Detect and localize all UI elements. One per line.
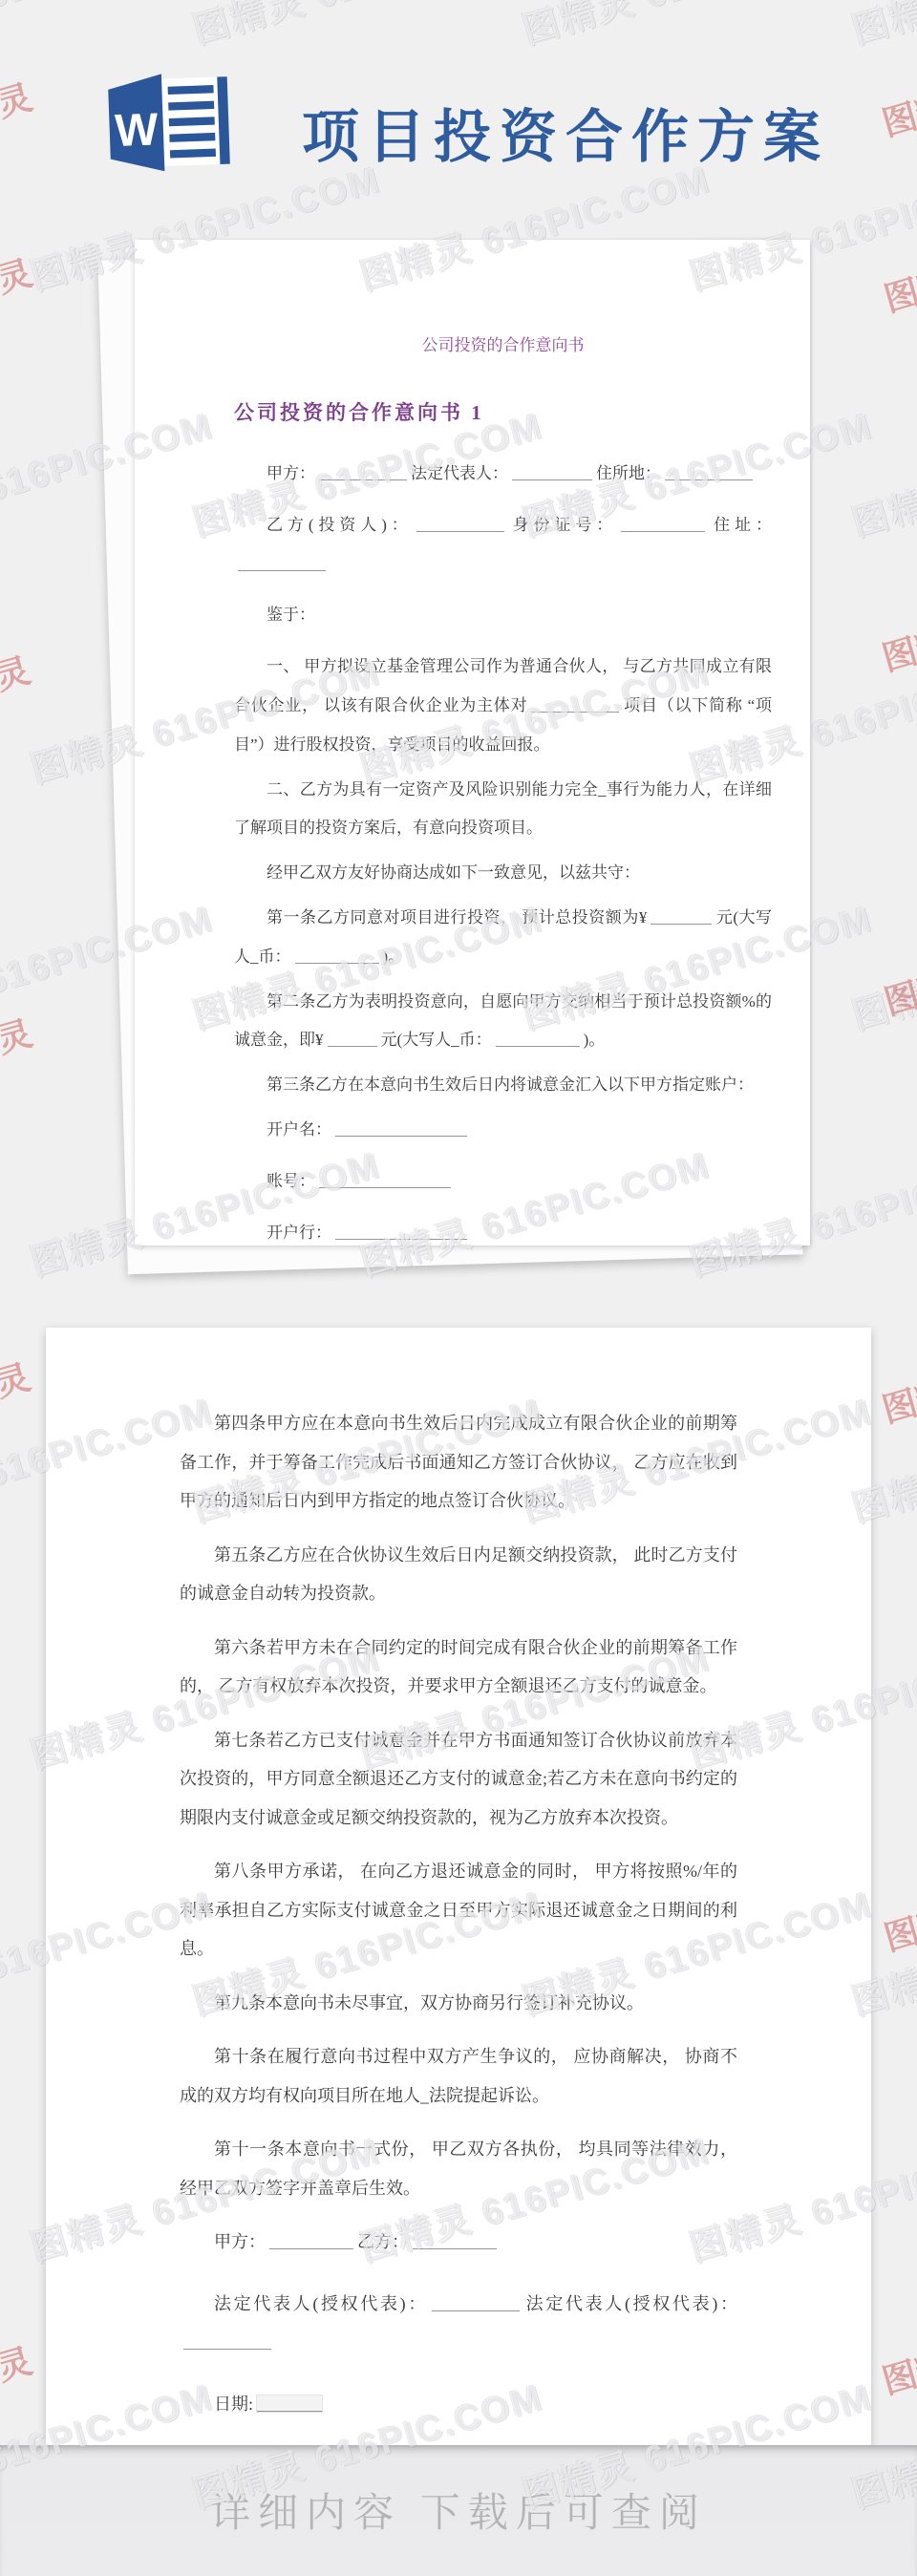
footer-strip: 详细内容 下载后可查阅	[0, 2445, 917, 2576]
blank-field	[416, 517, 504, 531]
paragraph: 账号：	[234, 1162, 772, 1202]
blank-field	[496, 1033, 580, 1047]
edge-watermark-text: 图精灵	[0, 2334, 37, 2410]
blank-field	[512, 466, 592, 480]
doc2-page: 第四条甲方应在本意向书生效后日内完成成立有限合伙企业的前期筹备工作，并于筹备工作…	[46, 1328, 871, 2445]
page-canvas: W 项目投资合作方案 公司投资的合作意向书 公司投资的合作意向书 1 甲方：法定…	[0, 0, 917, 2576]
edge-watermark-text: 图精灵	[876, 71, 917, 146]
watermark-text: 图精灵 616PIC.COM	[845, 889, 917, 1039]
doc2-body: 第四条甲方应在本意向书生效后日内完成成立有限合伙企业的前期筹备工作，并于筹备工作…	[180, 1404, 737, 2423]
page-title: 项目投资合作方案	[302, 92, 829, 174]
footer-caption: 详细内容 下载后可查阅	[0, 2481, 917, 2539]
blank-field	[531, 698, 619, 713]
doc1-section-heading: 公司投资的合作意向书 1	[234, 397, 772, 426]
watermark-text: 图精灵 616PIC.COM	[516, 0, 878, 53]
edge-watermark-text: 图精灵	[878, 1885, 917, 1961]
paragraph: 经甲乙双方友好协商达成如下一致意见，以兹共守：	[234, 854, 772, 893]
blank-field	[183, 2334, 271, 2350]
edge-watermark-text: 图精灵	[0, 644, 35, 719]
paragraph: 第十条在履行意向书过程中双方产生争议的， 应协商解决， 协商不成的双方均有权向项…	[180, 2037, 737, 2115]
paragraph: 第五条乙方应在合伙协议生效后日内足额交纳投资款， 此时乙方支付的诚意金自动转为投…	[180, 1536, 737, 1613]
svg-text:W: W	[114, 104, 160, 157]
edge-watermark-text: 图精灵	[876, 1357, 917, 1433]
paragraph: 开户名：	[234, 1111, 772, 1150]
word-icon: W	[96, 73, 248, 172]
blank-field	[328, 1033, 377, 1047]
watermark-text: 图精灵 616PIC.COM	[186, 0, 548, 53]
edge-watermark-text: 图精灵	[0, 246, 37, 322]
doc1-center-title: 公司投资的合作意向书	[234, 331, 772, 355]
paragraph: 开户行：	[234, 1214, 772, 1253]
edge-watermark-text: 图精灵	[876, 2329, 917, 2404]
paragraph: 第七条若乙方已支付诚意金并在甲方书面通知签订合伙协议前放弃本次投资的，甲方同意全…	[180, 1721, 737, 1838]
blank-field	[650, 910, 712, 925]
paragraph: 鉴于：	[234, 596, 772, 635]
blank-field	[269, 2234, 353, 2249]
doc1-page: 公司投资的合作意向书 公司投资的合作意向书 1 甲方：法定代表人：住所地：乙方(…	[135, 240, 810, 1245]
paragraph: 第一条乙方同意对项目进行投资， 预计总投资额为¥元(大写人_币：)。	[234, 899, 772, 977]
paragraph: 第二条乙方为表明投资意向，自愿向甲方交纳相当于预计总投资额%的诚意金，即¥元(大…	[234, 983, 772, 1061]
paragraph: 第三条乙方在本意向书生效后日内将诚意金汇入以下甲方指定账户：	[234, 1066, 772, 1105]
paragraph: 第四条甲方应在本意向书生效后日内完成成立有限合伙企业的前期筹备工作，并于筹备工作…	[180, 1404, 737, 1521]
blank-field	[335, 1224, 467, 1239]
paragraph: 一、 甲方拟设立基金管理公司作为普通合伙人， 与乙方共同成立有限合伙企业， 以该…	[234, 648, 772, 764]
blank-field	[665, 466, 753, 480]
blank-field	[432, 2295, 520, 2310]
paragraph: 甲方：乙方：	[180, 2223, 737, 2262]
doc1-body: 甲方：法定代表人：住所地：乙方(投资人)：身份证号：住址：鉴于：一、 甲方拟设立…	[234, 455, 772, 1252]
blank-field	[319, 1173, 451, 1187]
edge-watermark-text: 图精灵	[878, 246, 917, 322]
edge-watermark-text: 图精灵	[0, 1007, 37, 1082]
paragraph: 日期:	[180, 2385, 737, 2424]
paragraph: 甲方：法定代表人：住所地：	[234, 455, 772, 494]
blank-field	[319, 466, 407, 480]
blank-field	[335, 1122, 467, 1137]
blank-field	[621, 517, 705, 531]
edge-watermark-text: 图精灵	[0, 71, 37, 146]
paragraph: 第十一条本意向书一式份， 甲乙双方各执份， 均具同等法律效力， 经甲乙双方签字并…	[180, 2130, 737, 2207]
edge-watermark-text: 图精灵	[878, 949, 917, 1025]
edge-watermark-text: 图精灵	[0, 1351, 35, 1426]
blank-field	[238, 556, 326, 570]
blank-field	[295, 948, 379, 963]
blank-field	[257, 2395, 322, 2411]
watermark-text: 图精灵 616PIC.COM	[845, 396, 917, 546]
edge-watermark-text: 图精灵	[876, 606, 917, 681]
paragraph: 第九条本意向书未尽事宜，双方协商另行签订补充协议。	[180, 1984, 737, 2023]
paragraph: 二、乙方为具有一定资产及风险识别能力完全_事行为能力人，在详细了解项目的投资方案…	[234, 771, 772, 849]
watermark-text: 图精灵 616PIC.COM	[0, 0, 219, 53]
watermark-text: 图精灵 616PIC.COM	[845, 0, 917, 53]
blank-field	[413, 2234, 497, 2249]
paragraph: 第六条若甲方未在合同约定的时间完成有限合伙企业的前期筹备工作的， 乙方有权放弃本…	[180, 1629, 737, 1706]
paragraph: 法定代表人(授权代表)：法定代表人(授权代表)：	[180, 2285, 737, 2362]
paragraph: 乙方(投资人)：身份证号：住址：	[234, 506, 772, 585]
paragraph: 第八条甲方承诺， 在向乙方退还诚意金的同时， 甲方将按照%/年的利率承担自乙方实…	[180, 1852, 737, 1969]
